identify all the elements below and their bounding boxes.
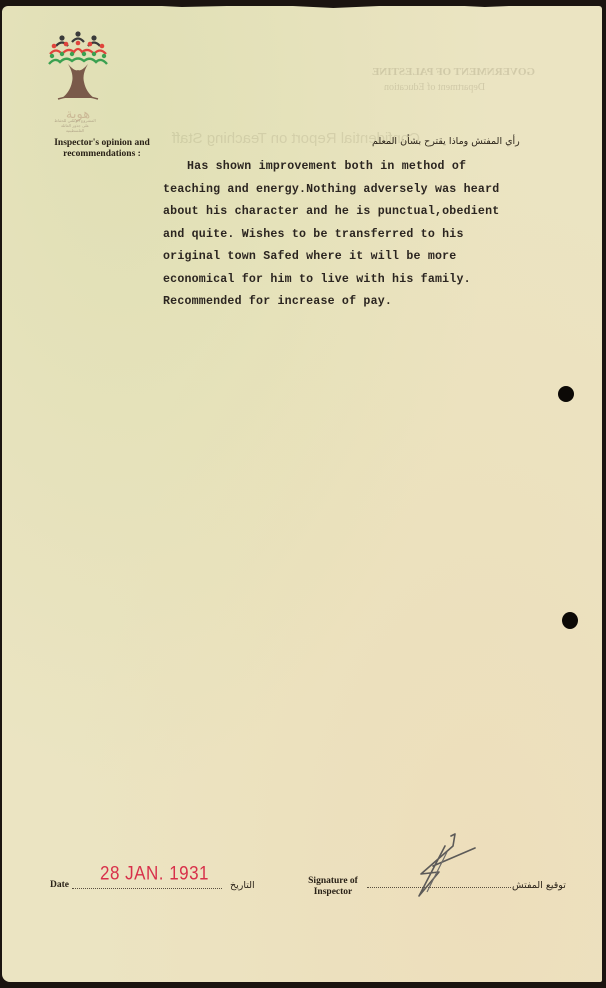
logo-caption: المشروع الوطني للحفاظ على جذور العائلة ا… [52,118,98,133]
remark-line: Recommended for increase of pay. [163,291,523,314]
date-stamp: 28 JAN. 1931 [100,862,209,885]
signature-label-line2: Inspector [304,887,362,898]
section-label-arabic: رأي المفتش وماذا يقترح بشأن المعلم [372,136,520,147]
remark-line: Has shown improvement both in method of [163,156,523,179]
remark-line: teaching and energy.Nothing adversely wa… [163,179,523,202]
signature-label: Signature of Inspector [304,876,362,897]
bleed-through-line1: GOVERNMENT OF PALESTINE [372,66,535,78]
document-page: GOVERNMENT OF PALESTINE Department of Ed… [2,6,602,982]
punch-hole-lower [562,612,578,629]
signature-label-line1: Signature of [304,876,362,887]
inspector-signature-icon [407,832,487,902]
date-dotted-line [72,888,222,889]
remark-line: and quite. Wishes to be transferred to h… [163,224,523,247]
signature-label-arabic: توقيع المفتش [512,880,566,891]
punch-hole-upper [558,386,574,402]
remark-line: original town Safed where it will be mor… [163,246,523,269]
remark-line: economical for him to live with his fami… [163,269,523,292]
section-label-english: Inspector's opinion and recommendations … [46,138,158,160]
typed-remarks: Has shown improvement both in method of … [163,156,523,314]
date-label-arabic: التاريخ [230,880,255,891]
remark-line: about his character and he is punctual,o… [163,201,523,224]
bleed-through-line2: Department of Education [384,82,485,93]
hawiya-tree-logo-icon: هوية [48,30,108,125]
date-label: Date [50,880,69,890]
